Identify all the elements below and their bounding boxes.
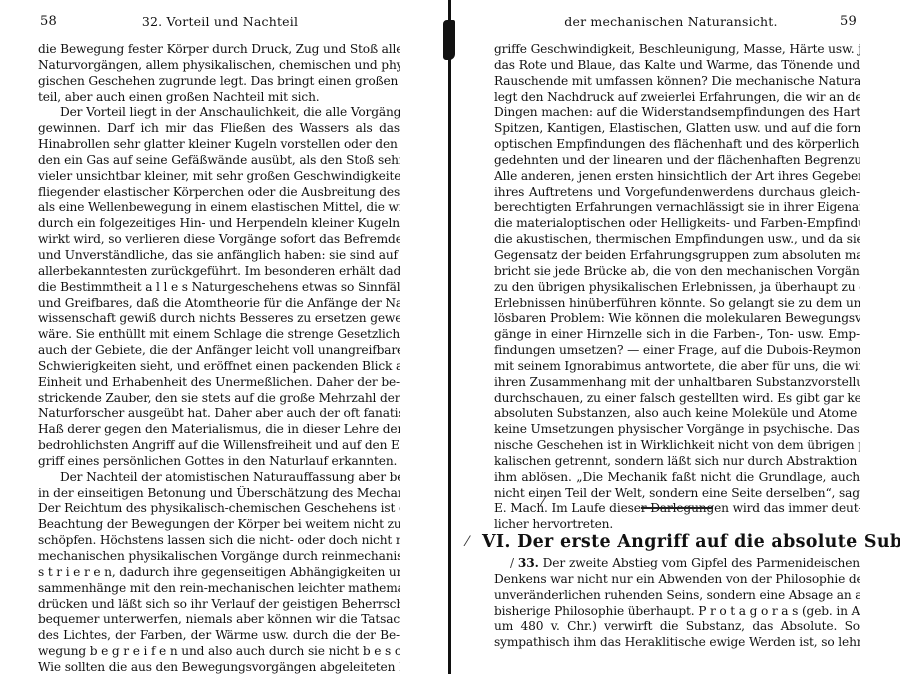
text-line: Einheit und Erhabenheit des Unermeßliche… [38, 375, 400, 391]
text-line: ihm ablösen. „Die Mechanik faßt nicht di… [494, 470, 860, 486]
text-line: Der Vorteil liegt in der Anschaulichkeit… [38, 105, 400, 121]
text-line: allerbekanntesten zurückgeführt. Im beso… [38, 264, 400, 280]
text-line: gedehnten und der linearen und der fläch… [494, 153, 860, 169]
pencil-mark: ⁄ [542, 494, 544, 510]
text-line: bedrohlichsten Angriff auf die Willensfr… [38, 438, 400, 454]
text-line: ihren Zusammenhang mit der unhaltbaren S… [494, 375, 860, 391]
text-line: unveränderlichen ruhenden Seins, sondern… [494, 588, 860, 604]
text-line: Alle anderen, jenen ersten hinsichtlich … [494, 169, 860, 185]
text-line: Denkens war nicht nur ein Abwenden von d… [494, 572, 860, 588]
pencil-mark: / [510, 556, 514, 570]
section-33-body: / 33. Der zweite Abstieg vom Gipfel des … [494, 556, 860, 651]
text-line: und Unverständliche, das sie anfänglich … [38, 248, 400, 264]
text-line: drücken und läßt sich so ihr Verlauf der… [38, 597, 400, 613]
section-number: 33. [518, 556, 539, 570]
text-line: wissenschaft gewiß durch nichts Besseres… [38, 311, 400, 327]
section-separator-rule [641, 507, 713, 509]
text-line: um 480 v. Chr.) verwirft die Substanz, d… [494, 619, 860, 635]
text-line: griffe Geschwindigkeit, Beschleunigung, … [494, 42, 860, 58]
text-line: Dingen machen: auf die Widerstandsempfin… [494, 105, 860, 121]
text-line: Naturvorgängen, allem physikalischen, ch… [38, 58, 400, 74]
text-line: teil, aber auch einen großen Nachteil mi… [38, 90, 400, 106]
text-line: nicht einen Teil der Welt, sondern eine … [494, 486, 860, 502]
text-line: sympathisch ihm das Heraklitische ewige … [494, 635, 860, 651]
book-gutter [448, 0, 451, 674]
text-line: berechtigten Erfahrungen vernachlässigt … [494, 200, 860, 216]
text-line: vieler unsichtbar kleiner, mit sehr groß… [38, 169, 400, 185]
right-page: der mechanischen Naturansicht. 59 griffe… [452, 0, 900, 674]
left-page: 58 32. Vorteil und Nachteil die Bewegung… [0, 0, 448, 674]
text-line: als eine Wellenbewegung in einem elastis… [38, 200, 400, 216]
text-line: wegung b e g r e i f e n und also auch d… [38, 644, 400, 660]
text-line: gewinnen. Darf ich mir das Fließen des W… [38, 121, 400, 137]
text-line: kalischen getrennt, sondern läßt sich nu… [494, 454, 860, 470]
text-line: Hinabrollen sehr glatter kleiner Kugeln … [38, 137, 400, 153]
text-line: findungen umsetzen? — einer Frage, auf d… [494, 343, 860, 359]
text-line: griff eines persönlichen Gottes in den N… [38, 454, 400, 470]
running-head-title: der mechanischen Naturansicht. [485, 14, 857, 29]
pencil-mark: ⁄ [466, 534, 468, 550]
text-line: in der einseitigen Betonung und Überschä… [38, 486, 400, 502]
text-line: gänge in einer Hirnzelle sich in die Far… [494, 327, 860, 343]
left-page-body: die Bewegung fester Körper durch Druck, … [38, 42, 400, 674]
text-line: nische Geschehen ist in Wirklichkeit nic… [494, 438, 860, 454]
text-line: auch der Gebiete, die der Anfänger leich… [38, 343, 400, 359]
text-line: s t r i e r e n, dadurch ihre gegenseiti… [38, 565, 400, 581]
text-line: absoluten Substanzen, also auch keine Mo… [494, 406, 860, 422]
text-line: E. Mach. Im Laufe dieser Darlegungen wir… [494, 501, 860, 517]
text-line: optischen Empfindungen des flächenhaft u… [494, 137, 860, 153]
text-line: bequemer unterwerfen, niemals aber könne… [38, 612, 400, 628]
text-line: die Bewegung fester Körper durch Druck, … [38, 42, 400, 58]
text-line: Erlebnissen hinüberführen könnte. So gel… [494, 296, 860, 312]
text-line: Haß derer gegen den Materialismus, die i… [38, 422, 400, 438]
section-first-line: Der zweite Abstieg vom Gipfel des Parmen… [543, 556, 860, 570]
text-line: Rauschende mit umfassen können? Die mech… [494, 74, 860, 90]
chapter-heading: VI. Der erste Angriff auf die absolute S… [482, 532, 862, 552]
text-line: die materialoptischen oder Helligkeits- … [494, 216, 860, 232]
text-line: den ein Gas auf seine Gefäßwände ausübt,… [38, 153, 400, 169]
text-line: bisherige Philosophie überhaupt. P r o t… [494, 604, 860, 620]
text-line: schöpfen. Höchstens lassen sich die nich… [38, 533, 400, 549]
text-line: durchschauen, zu einer falsch gestellten… [494, 391, 860, 407]
text-line: fliegender elastischer Körperchen oder d… [38, 185, 400, 201]
text-line: wäre. Sie enthüllt mit einem Schlage die… [38, 327, 400, 343]
running-head-title: 32. Vorteil und Nachteil [40, 14, 400, 29]
text-line: Wie sollten die aus den Bewegungsvorgäng… [38, 660, 400, 674]
text-line: die Bestimmtheit a l l e s Naturgeschehe… [38, 280, 400, 296]
text-line: mechanischen physikalischen Vorgänge dur… [38, 549, 400, 565]
text-line: gischen Geschehen zugrunde legt. Das bri… [38, 74, 400, 90]
text-line: Spitzen, Kantigen, Elastischen, Glatten … [494, 121, 860, 137]
text-line: des Lichtes, der Farben, der Wärme usw. … [38, 628, 400, 644]
text-line: legt den Nachdruck auf zweierlei Erfahru… [494, 90, 860, 106]
text-line: Der Nachteil der atomistischen Naturauff… [38, 470, 400, 486]
right-running-header: der mechanischen Naturansicht. 59 [485, 14, 857, 32]
text-line: Gegensatz der beiden Erfahrungsgruppen z… [494, 248, 860, 264]
text-line: wirkt wird, so verlieren diese Vorgänge … [38, 232, 400, 248]
text-line: bricht sie jede Brücke ab, die von den m… [494, 264, 860, 280]
text-line: mit seinem Ignorabimus antwortete, die a… [494, 359, 860, 375]
text-line: Der Reichtum des physikalisch-chemischen… [38, 501, 400, 517]
page-number: 59 [840, 14, 857, 29]
text-line: lösbaren Problem: Wie können die molekul… [494, 311, 860, 327]
text-line: und Greifbares, daß die Atomtheorie für … [38, 296, 400, 312]
text-line: ihres Auftretens und Vorgefundenwerdens … [494, 185, 860, 201]
text-line: die akustischen, thermischen Empfindunge… [494, 232, 860, 248]
left-running-header: 58 32. Vorteil und Nachteil [40, 14, 400, 32]
text-line: licher hervortreten. [494, 517, 860, 533]
text-line: sammenhänge mit den rein-mechanischen le… [38, 581, 400, 597]
text-line: durch ein folgezeitiges Hin- und Herpend… [38, 216, 400, 232]
text-line: / 33. Der zweite Abstieg vom Gipfel des … [494, 556, 860, 572]
text-line: Beachtung der Bewegungen der Körper bei … [38, 517, 400, 533]
text-line: strickende Zauber, den sie stets auf die… [38, 391, 400, 407]
text-line: Naturforscher ausgeübt hat. Daher aber a… [38, 406, 400, 422]
text-line: das Rote und Blaue, das Kalte und Warme,… [494, 58, 860, 74]
right-page-body: griffe Geschwindigkeit, Beschleunigung, … [494, 42, 860, 533]
text-line: zu den übrigen physikalischen Erlebnisse… [494, 280, 860, 296]
text-line: keine Umsetzungen physischer Vorgänge in… [494, 422, 860, 438]
text-line: Schwierigkeiten sieht, und eröffnet eine… [38, 359, 400, 375]
